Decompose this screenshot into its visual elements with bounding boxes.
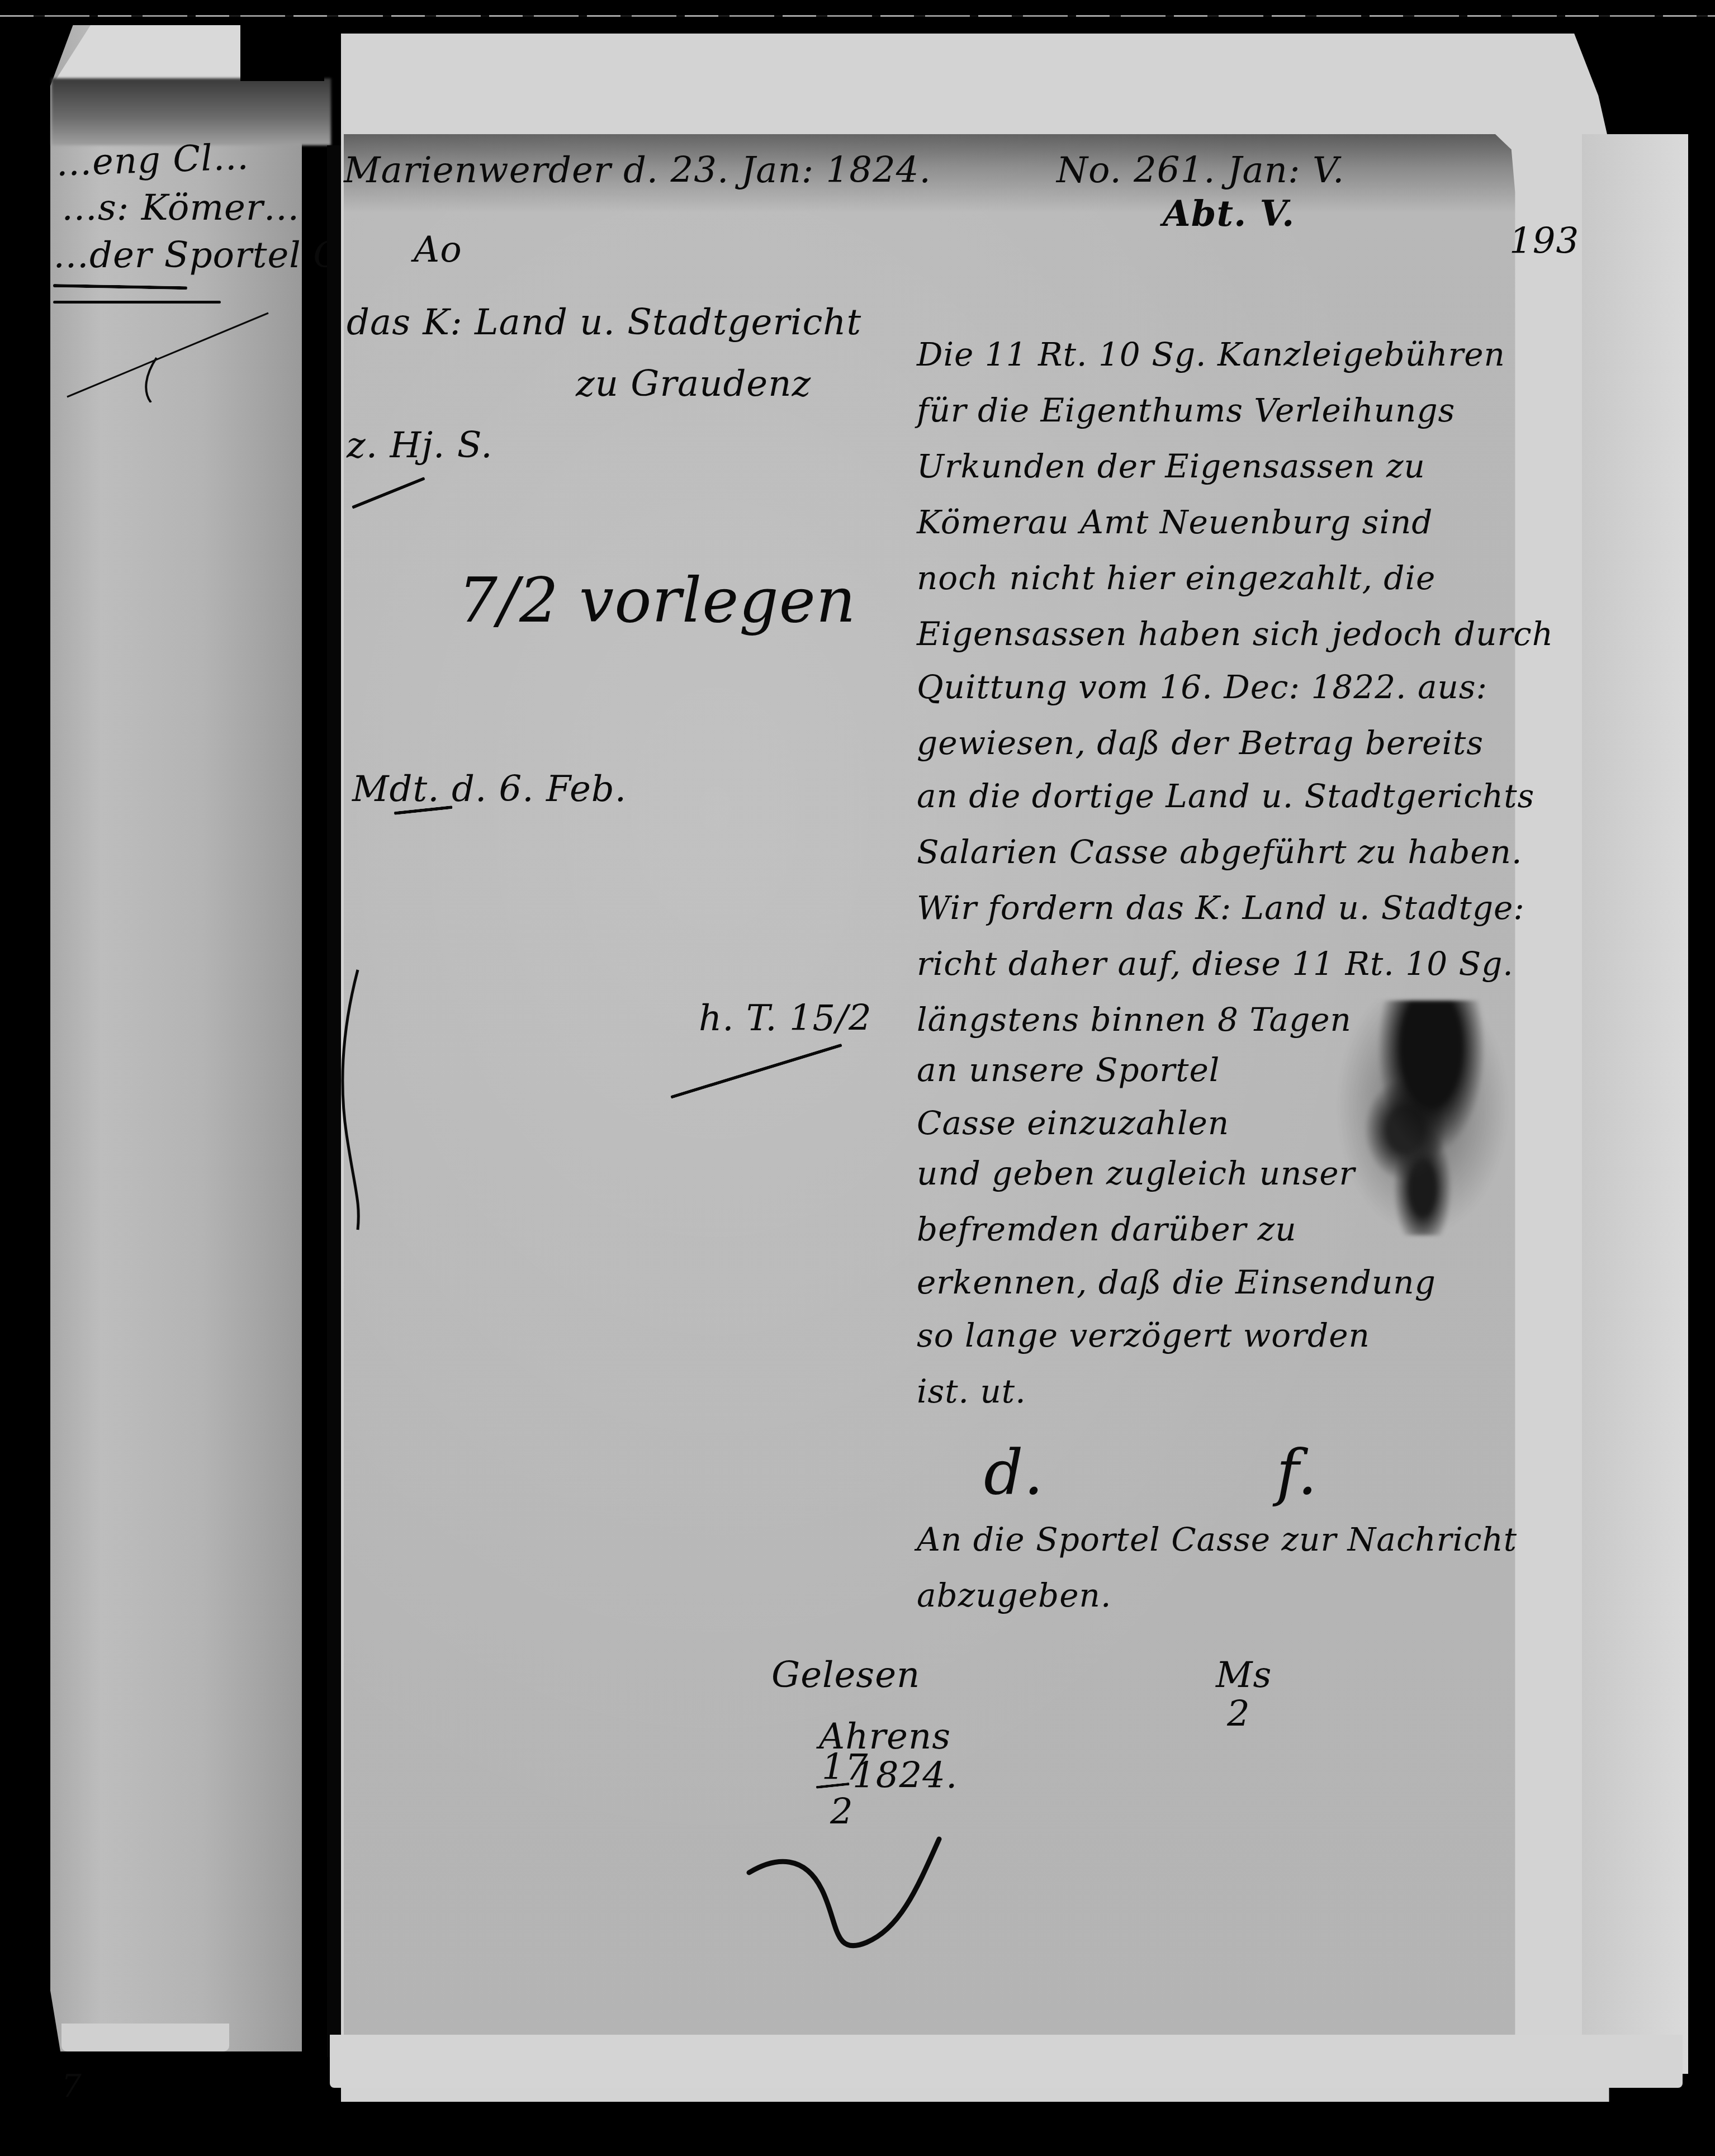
body-line-4: Kömerau Amt Neuenburg sind [917, 503, 1433, 541]
body-line-14: an unsere Sportel [917, 1051, 1220, 1089]
page-bottom-margin [330, 2035, 1683, 2088]
body-line-18: erkennen, daß die Einsendung [917, 1263, 1436, 1301]
margin-note-mdt: Mdt. d. 6. Feb. [352, 769, 627, 810]
body-line-6: Eigensassen haben sich jedoch durch [917, 615, 1553, 653]
reference-number: No. 261. Jan: V. [1057, 150, 1344, 191]
left-leaf-line-1: …eng Cl… [55, 136, 250, 184]
body-line-5: noch nicht hier eingezahlt, die [917, 559, 1436, 597]
body-line-8: gewiesen, daß der Betrag bereits [917, 724, 1484, 762]
body-line-7: Quittung vom 16. Dec: 1822. aus: [917, 668, 1487, 706]
body-line-10: Salarien Casse abgeführt zu haben. [917, 833, 1522, 871]
body-line-2: für die Eigenthums Verleihungs [917, 391, 1455, 429]
section-mark: Abt. V. [1163, 193, 1295, 235]
left-leaf-pen-strokes [50, 291, 274, 402]
footer-gelesen: Gelesen [771, 1655, 920, 1696]
address-ao: Ao [414, 229, 462, 271]
closing-line-2: abzugeben. [917, 1576, 1111, 1614]
ink-stain [1336, 1001, 1509, 1235]
address-line-court: das K: Land u. Stadtgericht [347, 302, 861, 343]
body-line-9: an die dortige Land u. Stadtgerichts [917, 777, 1534, 815]
closing-marks: d. f. [984, 1437, 1318, 1508]
folio-number: 193 [1509, 221, 1579, 262]
body-line-17: befremden darüber zu [917, 1210, 1297, 1248]
body-line-20: ist. ut. [917, 1372, 1026, 1410]
footer-side-note-top: Ms [1216, 1655, 1272, 1696]
left-leaf-shadow-band [51, 78, 331, 145]
footer-side-note-bottom: 2 [1227, 1694, 1250, 1735]
body-line-13: längstens binnen 8 Tagen [917, 1001, 1352, 1039]
margin-note-ht: h. T. 15/2 [699, 998, 872, 1039]
body-line-12: richt daher auf, diese 11 Rt. 10 Sg. [917, 945, 1514, 983]
left-leaf-bottom-edge [61, 2024, 229, 2051]
left-leaf-bottom-mark: 7 [61, 2068, 82, 2105]
body-line-16: und geben zugleich unser [917, 1154, 1355, 1192]
signature-flourish [743, 1822, 945, 1968]
footer-year: 1824. [852, 1755, 958, 1797]
body-line-11: Wir fordern das K: Land u. Stadtge: [917, 889, 1525, 927]
binding-shadow [240, 25, 324, 81]
left-leaf-line-2: …s: Kömer… [61, 187, 300, 229]
body-line-3: Urkunden der Eigensassen zu [917, 447, 1425, 485]
place-date-line: Marienwerder d. 23. Jan: 1824. [344, 150, 931, 191]
body-line-1: Die 11 Rt. 10 Sg. Kanzleigebühren [917, 335, 1505, 373]
closing-line-1: An die Sportel Casse zur Nachricht [917, 1520, 1517, 1558]
scanner-edge-line [0, 15, 1715, 17]
body-line-15: Casse einzuzahlen [917, 1104, 1229, 1142]
page-right-margin [1582, 134, 1688, 2074]
address-line-hj: z. Hj. S. [347, 425, 493, 466]
margin-note-vorlegen: 7/2 vorlegen [458, 565, 856, 636]
margin-bracket-stroke [335, 967, 369, 1235]
body-line-19: so lange verzögert worden [917, 1316, 1370, 1354]
address-line-city: zu Graudenz [576, 363, 811, 405]
